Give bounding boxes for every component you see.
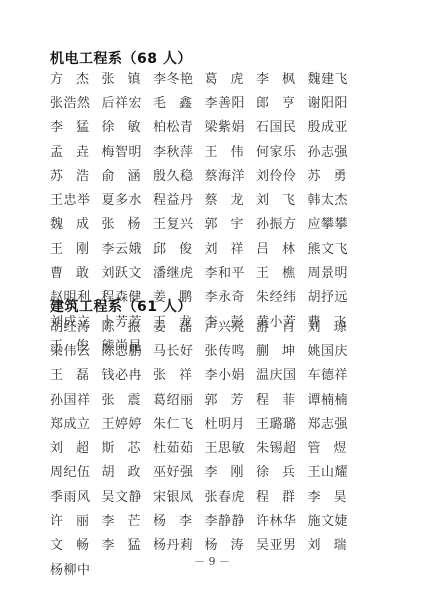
name-row: 王刚李云娥邱俊刘祥吕林熊文飞 (50, 235, 370, 259)
person-name: 葛绍丽 (153, 389, 205, 408)
person-name: 刘祥 (205, 238, 257, 257)
page-number: － 9 － (0, 553, 424, 569)
person-name: 杨丹莉 (153, 534, 205, 553)
person-name: 孙国祥 (50, 389, 102, 408)
person-name: 郑成立 (50, 413, 102, 432)
person-name: 潘继虎 (153, 262, 205, 281)
person-name: 韩太杰 (308, 189, 360, 208)
person-name: 蔡龙 (205, 189, 257, 208)
person-name: 李枫 (256, 68, 308, 87)
person-name: 斯芯 (102, 437, 154, 456)
name-row: 郑成立王婷婷朱仁飞杜明月王璐璐郑志强 (50, 410, 370, 434)
person-name: 梁伟云 (50, 340, 102, 359)
name-row: 曹敢刘跃文潘继虎李和平王樵周景明 (50, 259, 370, 283)
person-name: 王复兴 (153, 213, 205, 232)
person-name: 柏松青 (153, 116, 205, 135)
person-name: 梁紫娟 (205, 116, 257, 135)
person-name: 王樵 (256, 262, 308, 281)
person-name: 应攀攀 (308, 213, 360, 232)
person-name: 程群 (256, 486, 308, 505)
person-name: 邱俊 (153, 238, 205, 257)
person-name: 张春虎 (205, 486, 257, 505)
person-name: 李云娥 (102, 238, 154, 257)
person-name: 王磊 (50, 364, 102, 383)
person-name: 季雨风 (50, 486, 102, 505)
name-row: 刘超斯芯杜茹茹王思敏朱锡超管煜 (50, 434, 370, 458)
person-name: 李刚 (205, 461, 257, 480)
person-name: 胡抒远 (308, 286, 360, 305)
person-name: 殷成亚 (308, 116, 360, 135)
person-name: 刘琼 (308, 316, 360, 335)
name-row: 周纪伍胡政巫好强李刚徐兵王山耀 (50, 459, 370, 483)
person-name: 宋银凤 (153, 486, 205, 505)
person-name: 王婷婷 (102, 413, 154, 432)
person-name: 夏多水 (102, 189, 154, 208)
person-name: 钱必冉 (102, 364, 154, 383)
person-name: 许林华 (256, 510, 308, 529)
person-name: 姜磊 (153, 316, 205, 335)
person-name: 胡政 (102, 461, 154, 480)
person-name: 孙振方 (256, 213, 308, 232)
person-name: 方杰 (50, 68, 102, 87)
person-name: 陈志鹏 (102, 340, 154, 359)
person-name: 卢兴亮 (205, 316, 257, 335)
person-name: 杜茹茹 (153, 437, 205, 456)
person-name: 郎亨 (256, 92, 308, 111)
person-name: 徐兵 (256, 461, 308, 480)
person-name: 游肖 (256, 316, 308, 335)
person-name: 李猛 (102, 534, 154, 553)
person-name: 杜明月 (205, 413, 257, 432)
person-name: 曹敢 (50, 262, 102, 281)
person-name: 王刚 (50, 238, 102, 257)
person-name: 李善阳 (205, 92, 257, 111)
person-name: 马长好 (153, 340, 205, 359)
name-list-architecture: 胡红涛陈振姜磊卢兴亮游肖刘琼梁伟云陈志鹏马长好张传鸣蒯坤姚国庆王磊钱必冉张祥李小… (50, 313, 370, 580)
person-name: 孙志强 (308, 141, 360, 160)
person-name: 刘飞 (256, 189, 308, 208)
person-name: 刘伶伶 (256, 165, 308, 184)
person-name: 张震 (102, 389, 154, 408)
person-name: 程菲 (256, 389, 308, 408)
document-page: 机电工程系（68 人） 方杰张镇李冬艳葛虎李枫魏建飞张浩然后祥宏毛鑫李善阳郎亨谢… (0, 0, 424, 600)
person-name: 吕林 (256, 238, 308, 257)
person-name: 李小娟 (205, 364, 257, 383)
person-name: 刘瑞 (308, 534, 360, 553)
person-name: 孟垚 (50, 141, 102, 160)
person-name: 张镇 (102, 68, 154, 87)
person-name: 何家乐 (256, 141, 308, 160)
name-row: 孙国祥张震葛绍丽郭芳程菲谭楠楠 (50, 386, 370, 410)
person-name: 熊文飞 (308, 238, 360, 257)
person-name: 杨涛 (205, 534, 257, 553)
name-row: 许丽李芒杨李李静静许林华施文婕 (50, 507, 370, 531)
name-row: 李猛徐敏柏松青梁紫娟石国民殷成亚 (50, 114, 370, 138)
person-name: 张传鸣 (205, 340, 257, 359)
person-name: 后祥宏 (102, 92, 154, 111)
person-name: 刘超 (50, 437, 102, 456)
person-name: 吴亚男 (256, 534, 308, 553)
person-name: 胡红涛 (50, 316, 102, 335)
person-name: 李猛 (50, 116, 102, 135)
person-name: 张祥 (153, 364, 205, 383)
person-name: 李芒 (102, 510, 154, 529)
person-name: 蒯坤 (256, 340, 308, 359)
person-name: 郭宇 (205, 213, 257, 232)
person-name: 许丽 (50, 510, 102, 529)
person-name: 李静静 (205, 510, 257, 529)
person-name: 谢阳阳 (308, 92, 360, 111)
person-name: 巫好强 (153, 461, 205, 480)
name-row: 方杰张镇李冬艳葛虎李枫魏建飞 (50, 65, 370, 89)
person-name: 程益丹 (153, 189, 205, 208)
person-name: 陈振 (102, 316, 154, 335)
name-row: 张浩然后祥宏毛鑫李善阳郎亨谢阳阳 (50, 89, 370, 113)
person-name: 朱锡超 (256, 437, 308, 456)
person-name: 梅智明 (102, 141, 154, 160)
person-name: 王山耀 (308, 461, 360, 480)
person-name: 葛虎 (205, 68, 257, 87)
person-name: 姚国庆 (308, 340, 360, 359)
name-row: 孟垚梅智明李秋萍王伟何家乐孙志强 (50, 138, 370, 162)
person-name: 李永奇 (205, 286, 257, 305)
person-name: 朱经纬 (256, 286, 308, 305)
person-name: 李秋萍 (153, 141, 205, 160)
person-name: 李冬艳 (153, 68, 205, 87)
name-row: 胡红涛陈振姜磊卢兴亮游肖刘琼 (50, 313, 370, 337)
person-name: 李和平 (205, 262, 257, 281)
name-row: 苏浩俞涵殷久稳蔡海洋刘伶伶苏勇 (50, 162, 370, 186)
person-name: 苏浩 (50, 165, 102, 184)
person-name: 王璐璐 (256, 413, 308, 432)
person-name: 刘跃文 (102, 262, 154, 281)
person-name: 温庆国 (256, 364, 308, 383)
person-name: 周纪伍 (50, 461, 102, 480)
person-name: 蔡海洋 (205, 165, 257, 184)
person-name: 张浩然 (50, 92, 102, 111)
person-name: 王忠举 (50, 189, 102, 208)
person-name: 王思敏 (205, 437, 257, 456)
person-name: 车德祥 (308, 364, 360, 383)
name-row: 王磊钱必冉张祥李小娟温庆国车德祥 (50, 362, 370, 386)
person-name: 毛鑫 (153, 92, 205, 111)
person-name: 殷久稳 (153, 165, 205, 184)
person-name: 郑志强 (308, 413, 360, 432)
person-name: 张杨 (102, 213, 154, 232)
person-name: 王伟 (205, 141, 257, 160)
person-name: 文畅 (50, 534, 102, 553)
person-name: 徐敏 (102, 116, 154, 135)
name-row: 季雨风吴文静宋银凤张春虎程群李昊 (50, 483, 370, 507)
person-name: 郭芳 (205, 389, 257, 408)
person-name: 施文婕 (308, 510, 360, 529)
person-name: 俞涵 (102, 165, 154, 184)
person-name: 朱仁飞 (153, 413, 205, 432)
person-name: 谭楠楠 (308, 389, 360, 408)
person-name: 魏建飞 (308, 68, 360, 87)
name-row: 魏成张杨王复兴郭宇孙振方应攀攀 (50, 211, 370, 235)
person-name: 管煜 (308, 437, 360, 456)
person-name: 石国民 (256, 116, 308, 135)
person-name: 李昊 (308, 486, 360, 505)
person-name: 杨李 (153, 510, 205, 529)
name-row: 梁伟云陈志鹏马长好张传鸣蒯坤姚国庆 (50, 337, 370, 361)
person-name: 苏勇 (308, 165, 360, 184)
person-name: 吴文静 (102, 486, 154, 505)
name-row: 王忠举夏多水程益丹蔡龙刘飞韩太杰 (50, 186, 370, 210)
person-name: 魏成 (50, 213, 102, 232)
person-name: 周景明 (308, 262, 360, 281)
